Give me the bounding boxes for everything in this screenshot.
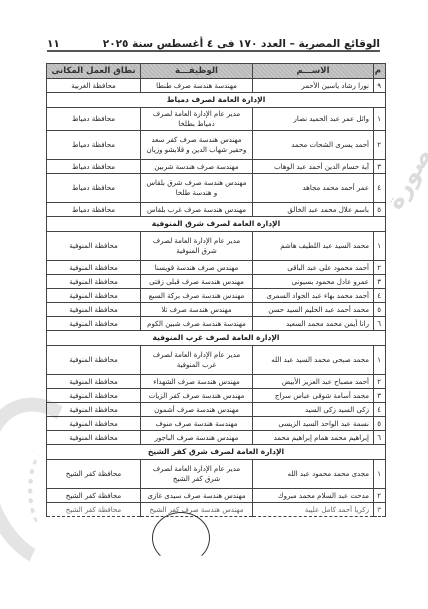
employee-name: زكى السيد زكى السيد xyxy=(253,403,374,417)
table-header-row: م الاســـم الوظيفـــة نطاق العمل المكانى xyxy=(47,64,386,79)
table-row: ١ مجدى محمد محمود عبد الله مدير عام الإد… xyxy=(47,460,386,489)
page-number: ١١ xyxy=(47,38,60,50)
job-title: مهندسة صرف هندسة شربين xyxy=(141,160,253,174)
table-row: ٢ أحمد يسرى الشحات محمد مهندس هندسة صرف … xyxy=(47,131,386,160)
row-number: ٣ xyxy=(374,389,386,403)
job-title: مهندسة هندسة صرف طنطا xyxy=(141,79,253,93)
row-number: ١ xyxy=(374,232,386,261)
job-title: مهندس هندسة صرف كفر الشيخ xyxy=(141,503,253,517)
work-location: محافظة دمياط xyxy=(47,131,141,160)
row-number: ١ xyxy=(374,460,386,489)
row-number: ٣ xyxy=(374,503,386,517)
row-number: ٥ xyxy=(374,303,386,317)
section-row: الإدارة العامة لصرف دمياط xyxy=(47,93,386,108)
row-number: ٤ xyxy=(374,174,386,203)
appointments-table: م الاســـم الوظيفـــة نطاق العمل المكانى… xyxy=(46,63,386,517)
work-location: محافظة دمياط xyxy=(47,160,141,174)
table-row: ٢ أحمد محمود على عبد الباقى مهندس صرف هن… xyxy=(47,261,386,275)
job-title: مهندس هندسة صرف بركة السبع xyxy=(141,289,253,303)
row-number: ٤ xyxy=(374,403,386,417)
table-row: ٤ زكى السيد زكى السيد مهندس هندسة صرف أش… xyxy=(47,403,386,417)
work-location: محافظة المنوفية xyxy=(47,317,141,331)
table-row: ٣ محمد أسامة شوقى عباس سراج مهندس هندسة … xyxy=(47,389,386,403)
table-row: ٥ نسمة عبد الواحد السيد الزيسى مهندسة هن… xyxy=(47,417,386,431)
job-title: مهندس هندسة صرف شرق بلقاس و هندسة طلخا xyxy=(141,174,253,203)
work-location: محافظة المنوفية xyxy=(47,417,141,431)
job-title: مهندس هندسة صرف الشهداء xyxy=(141,375,253,389)
employee-name: محمد أحمد عبد الحليم السيد حسن xyxy=(253,303,374,317)
job-title: مهندس صرف هندسة قويسنا xyxy=(141,261,253,275)
job-title: مهندس هندسة صرف أشمون xyxy=(141,403,253,417)
table-row: ٢ أحمد مصباح عبد العزيز الأبيض مهندس هند… xyxy=(47,375,386,389)
row-number: ٦ xyxy=(374,431,386,445)
row-number: ٢ xyxy=(374,261,386,275)
employee-name: باسم علال محمد عبد الخالق xyxy=(253,203,374,217)
job-title: مدير عام الإدارة العامة لصرف شرق المنوفي… xyxy=(141,232,253,261)
row-number: ٥ xyxy=(374,417,386,431)
job-title: مهندس هندسة صرف كفر سعد وحفير شهاب الدين… xyxy=(141,131,253,160)
work-location: محافظة المنوفية xyxy=(47,289,141,303)
watermark-text: صورة xyxy=(380,143,428,214)
work-location: محافظة المنوفية xyxy=(47,431,141,445)
job-title: مدير عام الإدارة العامة لصرف دمياط بطلخا xyxy=(141,108,253,131)
employee-name: إبراهيم محمد همام إبراهيم محمد xyxy=(253,431,374,445)
work-location: محافظة المنوفية xyxy=(47,375,141,389)
row-number: ٣ xyxy=(374,275,386,289)
job-title: مهندسة هندسة صرف منوف xyxy=(141,417,253,431)
employee-name: آية حسام الدين أحمد عبد الوهاب xyxy=(253,160,374,174)
row-number: ٢ xyxy=(374,489,386,503)
table-row: ٩ نورا رشاد ياسين الأحمر مهندسة هندسة صر… xyxy=(47,79,386,93)
employee-name: محمد صبحى محمد السيد عبد الله xyxy=(253,346,374,375)
job-title: مهندس هندسة صرف قبلى زفتى xyxy=(141,275,253,289)
employee-name: أحمد مصباح عبد العزيز الأبيض xyxy=(253,375,374,389)
row-number: ٦ xyxy=(374,317,386,331)
job-title: مدير عام الإدارة العامة لصرف غرب المنوفي… xyxy=(141,346,253,375)
work-location: محافظة المنوفية xyxy=(47,389,141,403)
employee-name: رانا أيمن محمد محمد السعيد xyxy=(253,317,374,331)
work-location: محافظة دمياط xyxy=(47,174,141,203)
employee-name: محمد أسامة شوقى عباس سراج xyxy=(253,389,374,403)
work-location: محافظة كفر الشيخ xyxy=(47,460,141,489)
table-row: ٣ زكريا أحمد كامل عليبة مهندس هندسة صرف … xyxy=(47,503,386,517)
table-row: ٤ عمر أحمد محمد مجاهد مهندس هندسة صرف شر… xyxy=(47,174,386,203)
official-stamp-icon xyxy=(152,512,210,564)
employee-name: أحمد محمود على عبد الباقى xyxy=(253,261,374,275)
employee-name: نورا رشاد ياسين الأحمر xyxy=(253,79,374,93)
job-title: مهندسة هندسة صرف شبين الكوم xyxy=(141,317,253,331)
section-title: الإدارة العامة لصرف شرق المنوفية xyxy=(47,217,386,232)
gazette-title: الوقائع المصرية – العدد ١٧٠ فى ٤ أغسطس س… xyxy=(103,38,380,50)
section-title: الإدارة العامة لصرف شرق كفر الشيخ xyxy=(47,445,386,460)
row-number: ٢ xyxy=(374,131,386,160)
section-row: الإدارة العامة لصرف غرب المنوفية xyxy=(47,331,386,346)
employee-name: زكريا أحمد كامل عليبة xyxy=(253,503,374,517)
section-row: الإدارة العامة لصرف شرق كفر الشيخ xyxy=(47,445,386,460)
employee-name: عمرو عادل محمود بسيونى xyxy=(253,275,374,289)
employee-name: محمد السيد عبد اللطيف هاشم xyxy=(253,232,374,261)
column-header-number: م xyxy=(374,64,386,79)
column-header-name: الاســـم xyxy=(253,64,374,79)
employee-name: وائل عمر عبد الحميد نصار xyxy=(253,108,374,131)
job-title: مهندس هندسة صرف كفر الزيات xyxy=(141,389,253,403)
table-row: ١ وائل عمر عبد الحميد نصار مدير عام الإد… xyxy=(47,108,386,131)
row-number: ٤ xyxy=(374,289,386,303)
table-row: ٥ باسم علال محمد عبد الخالق مهندس هندسة … xyxy=(47,203,386,217)
job-title: مهندس هندسة صرف سيدى غازى xyxy=(141,489,253,503)
table-row: ٢ مدحت عبد السلام محمد مبروك مهندس هندسة… xyxy=(47,489,386,503)
work-location: محافظة المنوفية xyxy=(47,303,141,317)
employee-name: مدحت عبد السلام محمد مبروك xyxy=(253,489,374,503)
work-location: محافظة دمياط xyxy=(47,108,141,131)
header-divider xyxy=(47,50,380,52)
work-location: محافظة الغربية xyxy=(47,79,141,93)
work-location: محافظة المنوفية xyxy=(47,232,141,261)
table-row: ٤ أحمد محمد بهاء عبد الجواد السمرى مهندس… xyxy=(47,289,386,303)
section-title: الإدارة العامة لصرف غرب المنوفية xyxy=(47,331,386,346)
table-row: ٣ عمرو عادل محمود بسيونى مهندس هندسة صرف… xyxy=(47,275,386,289)
row-number: ١ xyxy=(374,346,386,375)
employee-name: عمر أحمد محمد مجاهد xyxy=(253,174,374,203)
work-location: محافظة كفر الشيخ xyxy=(47,503,141,517)
employee-name: مجدى محمد محمود عبد الله xyxy=(253,460,374,489)
row-number: ٣ xyxy=(374,160,386,174)
section-row: الإدارة العامة لصرف شرق المنوفية xyxy=(47,217,386,232)
row-number: ١ xyxy=(374,108,386,131)
table-row: ٦ رانا أيمن محمد محمد السعيد مهندسة هندس… xyxy=(47,317,386,331)
employee-name: أحمد محمد بهاء عبد الجواد السمرى xyxy=(253,289,374,303)
job-title: مهندس هندسة صرف تلا xyxy=(141,303,253,317)
table-row: ١ محمد السيد عبد اللطيف هاشم مدير عام ال… xyxy=(47,232,386,261)
work-location: محافظة كفر الشيخ xyxy=(47,489,141,503)
table-row: ٥ محمد أحمد عبد الحليم السيد حسن مهندس ه… xyxy=(47,303,386,317)
column-header-location: نطاق العمل المكانى xyxy=(47,64,141,79)
row-number: ٥ xyxy=(374,203,386,217)
section-title: الإدارة العامة لصرف دمياط xyxy=(47,93,386,108)
table-row: ٦ إبراهيم محمد همام إبراهيم محمد مهندس ه… xyxy=(47,431,386,445)
work-location: محافظة المنوفية xyxy=(47,275,141,289)
employee-name: أحمد يسرى الشحات محمد xyxy=(253,131,374,160)
work-location: محافظة المنوفية xyxy=(47,403,141,417)
table-row: ١ محمد صبحى محمد السيد عبد الله مدير عام… xyxy=(47,346,386,375)
column-header-job: الوظيفـــة xyxy=(141,64,253,79)
job-title: مدير عام الإدارة العامة لصرف شرق كفر الش… xyxy=(141,460,253,489)
job-title: مهندس هندسة صرف الباجور xyxy=(141,431,253,445)
row-number: ٢ xyxy=(374,375,386,389)
work-location: محافظة المنوفية xyxy=(47,261,141,275)
work-location: محافظة دمياط xyxy=(47,203,141,217)
table-row: ٣ آية حسام الدين أحمد عبد الوهاب مهندسة … xyxy=(47,160,386,174)
work-location: محافظة المنوفية xyxy=(47,346,141,375)
job-title: مهندس هندسة صرف غرب بلقاس xyxy=(141,203,253,217)
employee-name: نسمة عبد الواحد السيد الزيسى xyxy=(253,417,374,431)
row-number: ٩ xyxy=(374,79,386,93)
